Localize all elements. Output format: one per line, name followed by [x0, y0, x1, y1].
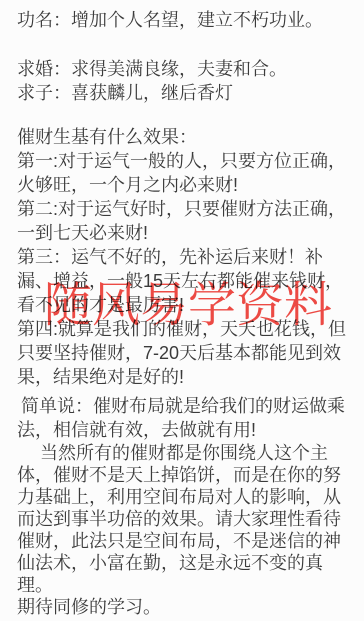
paragraph-merit: 功名：增加个人名望，建立不朽功业。: [17, 8, 355, 32]
paragraph-marriage-children: 求婚：求得美满良缘，夫妻和合。 求子：喜获麟儿，继后香灯: [17, 57, 355, 105]
paragraph-wealth-effects: 催财生基有什么效果： 第一:对于运气一般的人，只要方位正确， 火够旺，一个月之内…: [17, 125, 355, 389]
article-text: 功名：增加个人名望，建立不朽功业。 求婚：求得美满良缘，夫妻和合。 求子：喜获麟…: [0, 0, 364, 618]
paragraph-summary: 简单说：催财布局就是给我们的财运做乘 法，相信就有效，去做就有用!: [17, 394, 355, 442]
paragraph-closing: 当然所有的催财都是你围绕人这个主 体，催财不是天上掉馅饼，而是在你的努 力基础上…: [17, 442, 355, 618]
